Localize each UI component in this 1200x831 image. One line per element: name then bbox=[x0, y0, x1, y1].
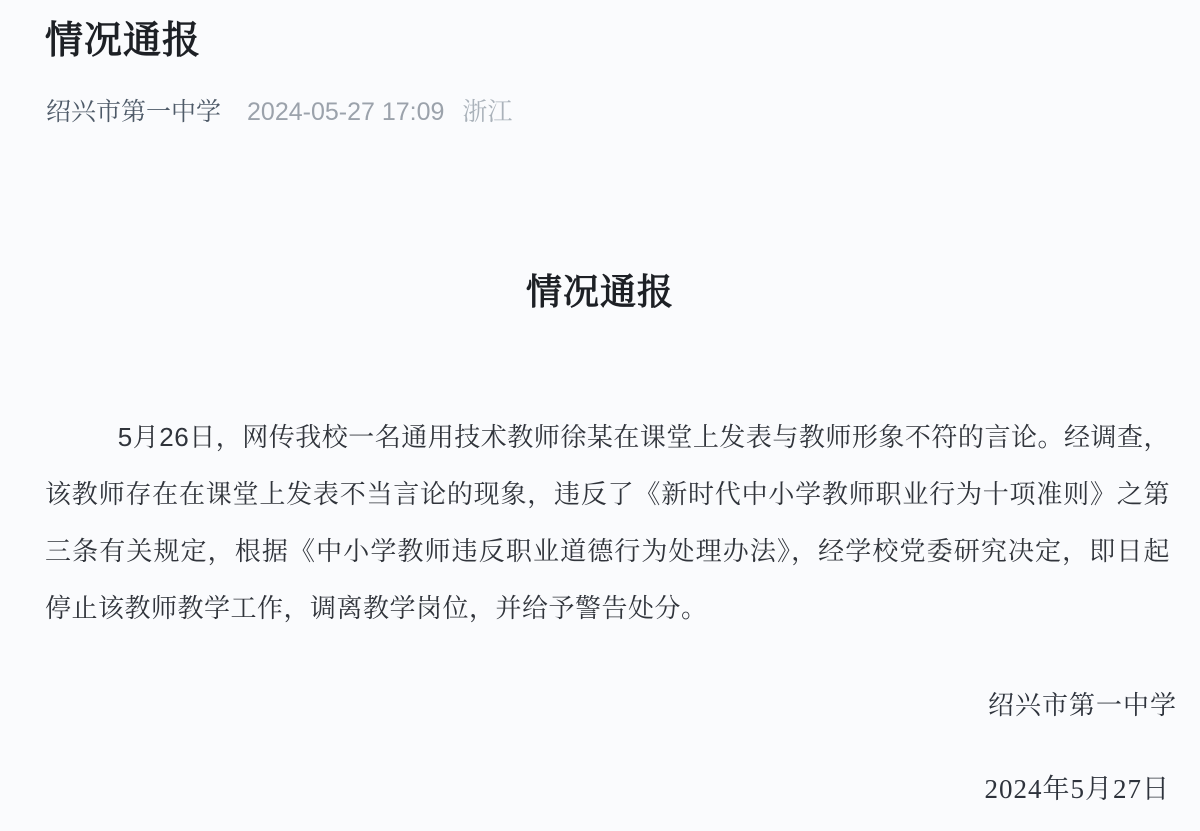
article-byline: 绍兴市第一中学2024-05-27 17:09浙江 bbox=[46, 96, 512, 128]
byline-location: 浙江 bbox=[462, 98, 512, 126]
article-headline: 情况通报 bbox=[45, 18, 201, 64]
article-page: 情况通报 绍兴市第一中学2024-05-27 17:09浙江 情况通报 5月26… bbox=[0, 0, 1200, 831]
notice-date: 2024年5月27日 bbox=[985, 772, 1171, 806]
notice-signature: 绍兴市第一中学 bbox=[988, 688, 1177, 722]
byline-source: 绍兴市第一中学 bbox=[46, 98, 221, 126]
byline-datetime: 2024-05-27 17:09 bbox=[247, 98, 444, 126]
notice-title: 情况通报 bbox=[0, 272, 1200, 312]
notice-paragraph: 5月26日，网传我校一名通用技术教师徐某在课堂上发表与教师形象不符的言论。经调查… bbox=[45, 409, 1170, 637]
